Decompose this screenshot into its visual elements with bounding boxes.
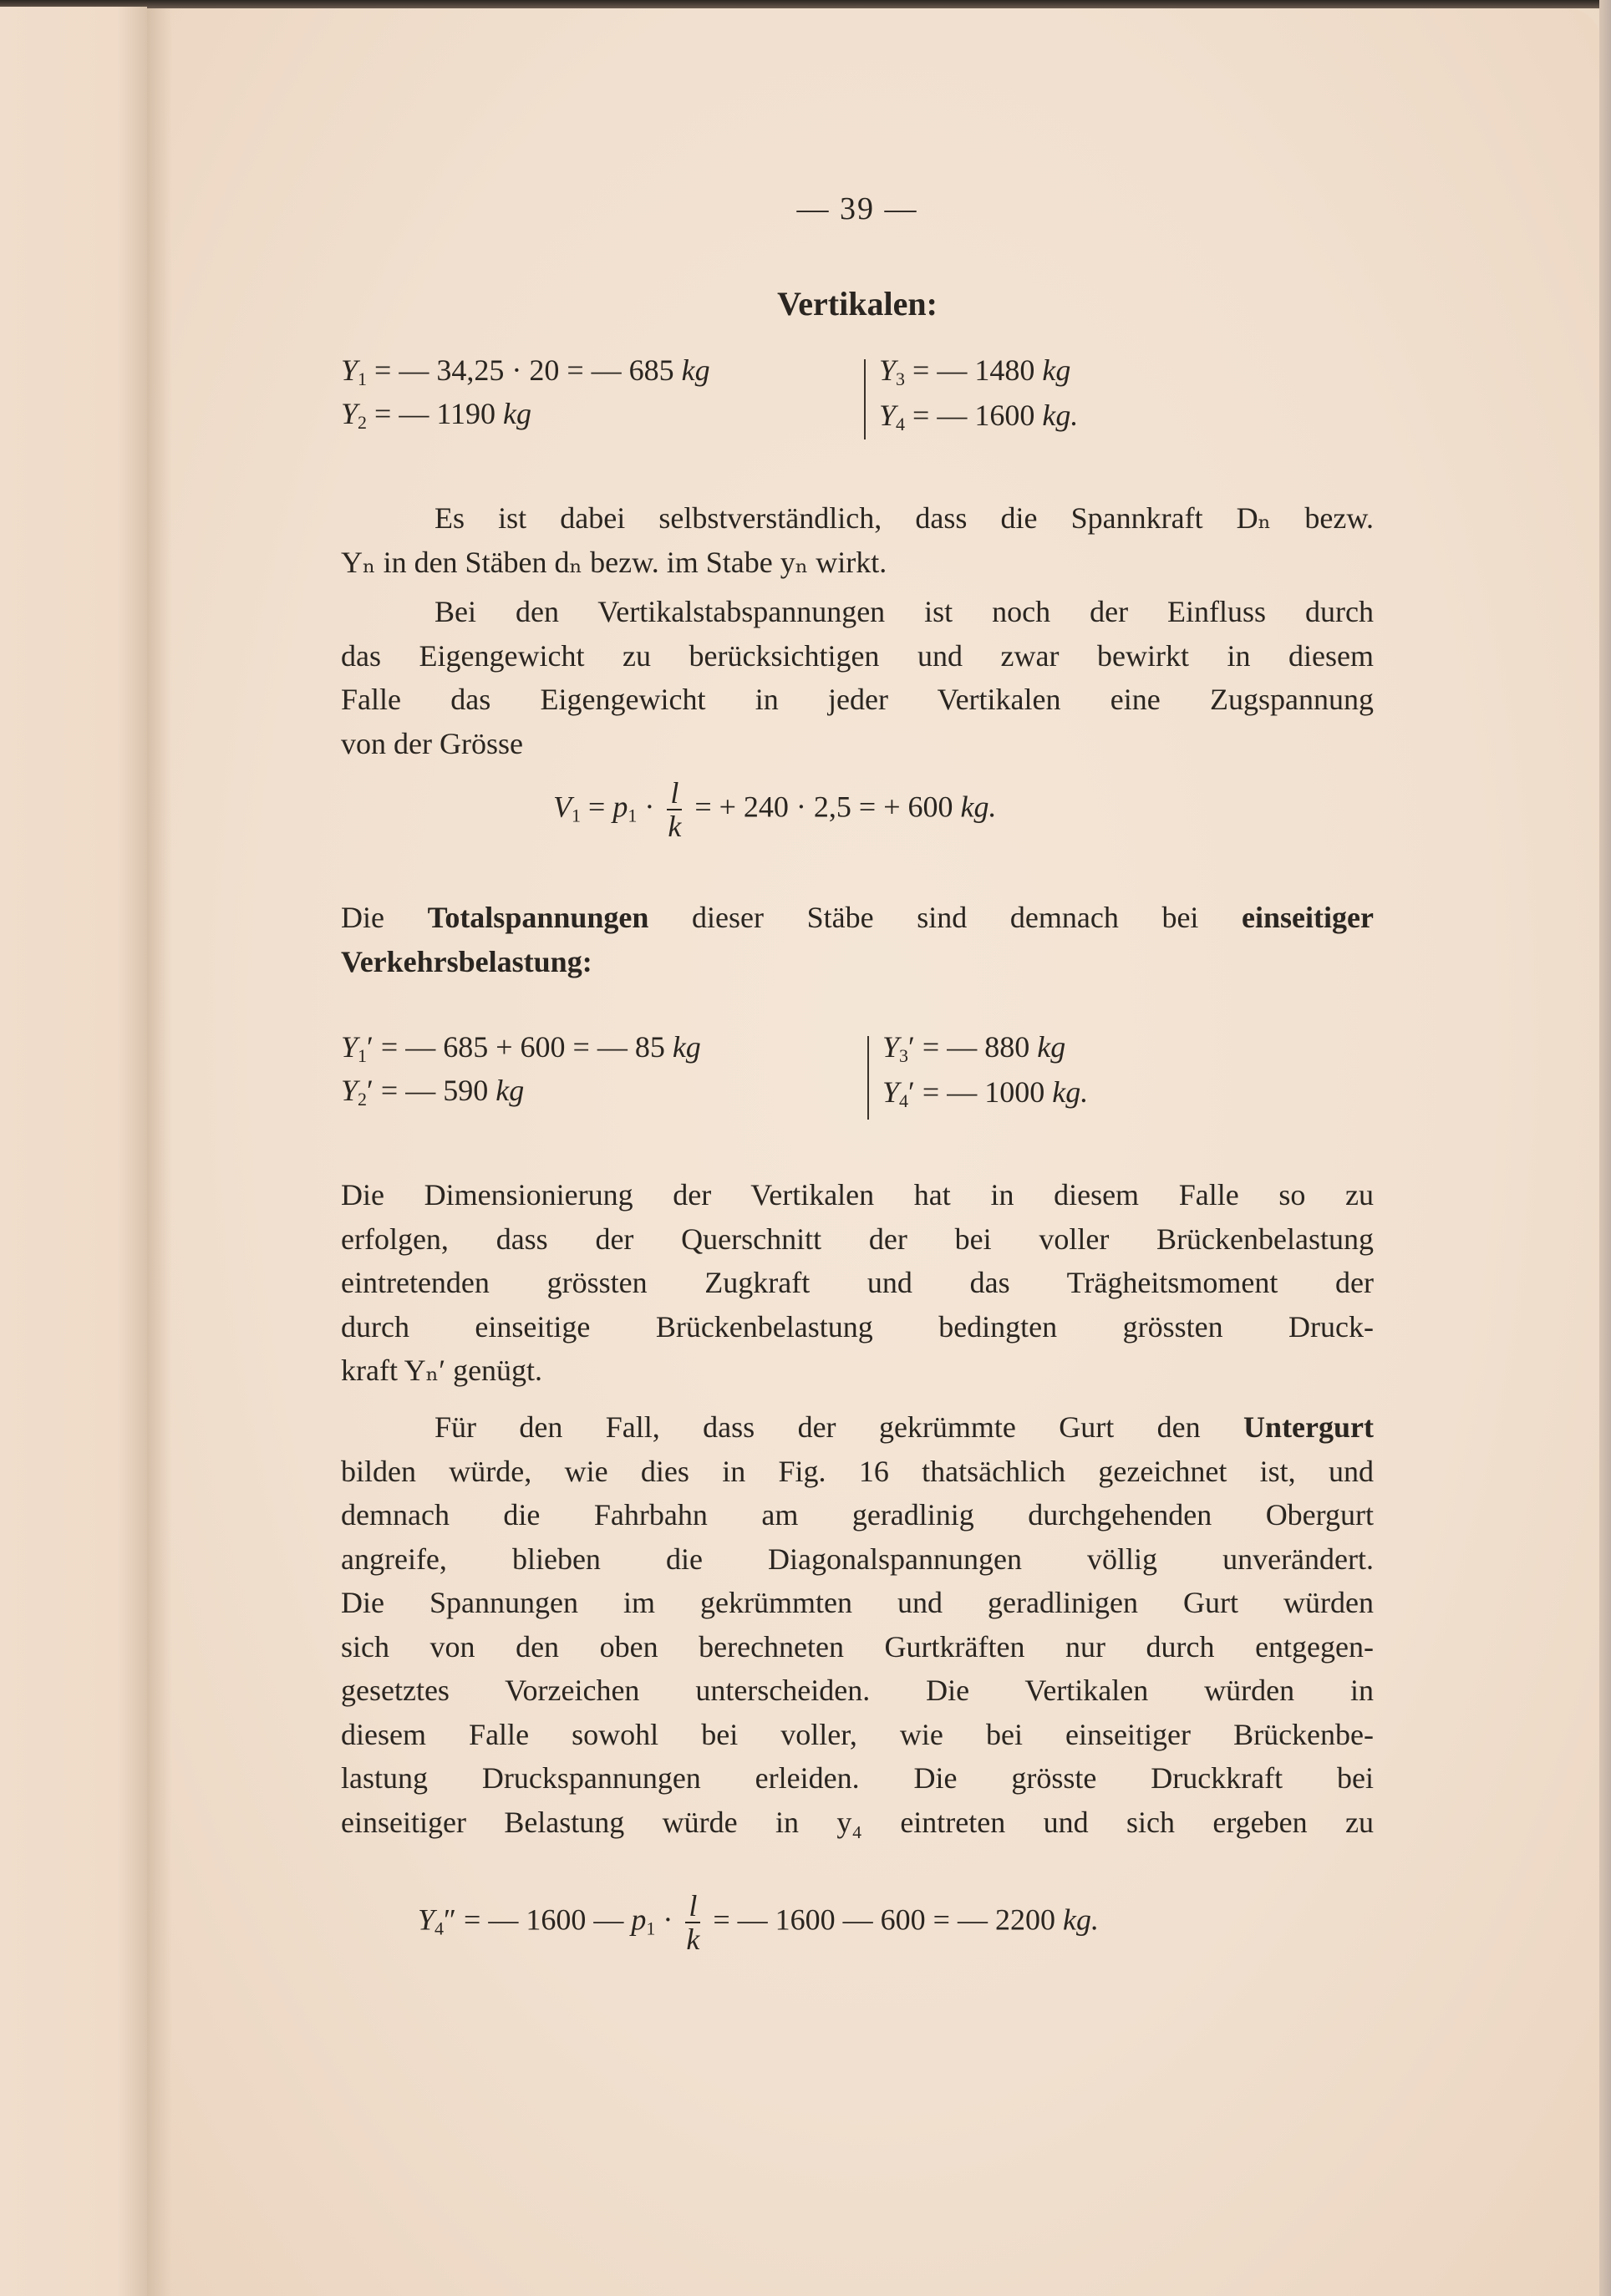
expression: = + 240 · 2,5 = + 600 (687, 790, 960, 823)
page-number: — 39 — (341, 190, 1374, 227)
subscript: 1 (572, 805, 581, 825)
prime: ′ (908, 1030, 915, 1064)
subscript: 3 (896, 368, 905, 389)
subscript: 4 (896, 414, 905, 434)
symbol: p (631, 1902, 646, 1936)
denominator: k (667, 810, 682, 842)
text: Die (341, 901, 428, 934)
book-top-edge (0, 0, 1611, 8)
text-line: durch einseitige Brückenbelastung beding… (341, 1305, 1374, 1349)
expression: = — 880 (915, 1030, 1037, 1064)
expression: = — 1190 (367, 397, 503, 430)
expression: = — 685 + 600 = — 85 (374, 1030, 673, 1064)
denominator: k (685, 1923, 700, 1955)
equation-y3-prime: Y3′ = — 880 kg (882, 1029, 1065, 1067)
prime: ′ (367, 1030, 374, 1064)
text-line: angreife, blieben die Diagonalspannungen… (341, 1537, 1374, 1582)
numerator: l (667, 777, 682, 810)
subscript: 1 (628, 805, 637, 825)
paragraph-dimensionierung: Die Dimensionierung der Vertikalen hat i… (341, 1173, 1374, 1393)
symbol: Y (882, 1075, 899, 1109)
prime: ″ (444, 1902, 456, 1936)
paragraph-totalspannungen: Die Totalspannungen dieser Stäbe sind de… (341, 896, 1374, 983)
paragraph-spannkraft: Es ist dabei selbstverständlich, dass di… (341, 496, 1374, 584)
expression: = — 1600 (905, 399, 1042, 432)
equation-y1: Y1 = — 34,25 · 20 = — 685 kg (341, 353, 710, 390)
unit: kg (1037, 1030, 1065, 1064)
subscript: 4 (435, 1918, 444, 1938)
text-line: bilden würde, wie dies in Fig. 16 thatsä… (341, 1450, 1374, 1494)
text: Für den Fall, dass der gekrümmte Gurt de… (435, 1410, 1243, 1444)
column-divider (867, 1036, 869, 1120)
fraction: lk (685, 1890, 700, 1955)
symbol: Y (341, 397, 358, 430)
unit: kg (682, 353, 710, 387)
equation-y2: Y2 = — 1190 kg (341, 396, 531, 434)
text-line: Yₙ in den Stäben dₙ bezw. im Stabe yₙ wi… (341, 541, 1374, 585)
dot: · (655, 1902, 680, 1936)
expression: = — 1600 — 600 = — 2200 (705, 1902, 1063, 1936)
text-line: Falle das Eigengewicht in jeder Vertikal… (341, 678, 1374, 722)
text-line: sich von den oben berechneten Gurtkräfte… (341, 1625, 1374, 1669)
equation-y3: Y3 = — 1480 kg (879, 353, 1070, 390)
text-line: Die Dimensionierung der Vertikalen hat i… (341, 1173, 1374, 1217)
expression: = — 1480 (905, 353, 1042, 387)
text-line: eintretenden grössten Zugkraft und das T… (341, 1261, 1374, 1305)
bold-term: Untergurt (1243, 1410, 1374, 1444)
text-line: Die Totalspannungen dieser Stäbe sind de… (341, 896, 1374, 940)
subscript: 3 (899, 1045, 908, 1066)
symbol: Y (879, 399, 896, 432)
section-heading-vertikalen: Vertikalen: (341, 284, 1374, 323)
unit: kg (1042, 353, 1070, 387)
unit: kg (673, 1030, 701, 1064)
unit: kg. (1052, 1075, 1088, 1109)
formula-y4-double-prime: Y4″ = — 1600 — p1 · lk = — 1600 — 600 = … (418, 1890, 1099, 1955)
symbol: Y (341, 1030, 358, 1064)
text-line: Für den Fall, dass der gekrümmte Gurt de… (341, 1405, 1374, 1450)
text-line: Bei den Vertikalstabspannungen ist noch … (341, 590, 1374, 634)
equation-y2-prime: Y2′ = — 590 kg (341, 1073, 524, 1110)
text: dieser Stäbe sind demnach bei (648, 901, 1242, 934)
text-line: von der Grösse (341, 722, 1374, 766)
equation-y4-prime: Y4′ = — 1000 kg. (882, 1074, 1088, 1112)
text-line: diesem Falle sowohl bei voller, wie bei … (341, 1713, 1374, 1757)
symbol: Y (341, 353, 358, 387)
expression: = — 1000 (915, 1075, 1052, 1109)
equation-y1-prime: Y1′ = — 685 + 600 = — 85 kg (341, 1029, 701, 1067)
subscript: 1 (358, 368, 367, 389)
expression: = — 1600 — (456, 1902, 631, 1936)
text-line: erfolgen, dass der Querschnitt der bei v… (341, 1217, 1374, 1262)
text-line: lastung Druckspannungen erleiden. Die gr… (341, 1756, 1374, 1801)
symbol: Y (418, 1902, 435, 1936)
unit: kg. (1063, 1902, 1099, 1936)
prime: ′ (908, 1075, 915, 1109)
bold-term: Totalspannungen (428, 901, 649, 934)
text-line: Verkehrsbelastung: (341, 940, 1374, 984)
bold-term: Verkehrsbelastung: (341, 945, 592, 978)
equation-y4: Y4 = — 1600 kg. (879, 398, 1078, 435)
unit: kg. (961, 790, 997, 823)
column-divider (864, 359, 866, 439)
numerator: l (685, 1890, 700, 1923)
dot: · (637, 790, 662, 823)
text-line: gesetztes Vorzeichen unterscheiden. Die … (341, 1669, 1374, 1713)
unit: kg (495, 1074, 524, 1107)
unit: kg. (1042, 399, 1078, 432)
subscript: 4 (899, 1090, 908, 1111)
expression: = — 34,25 · 20 = — 685 (367, 353, 682, 387)
subscript: 1 (646, 1918, 655, 1938)
text-line: einseitiger Belastung würde in y₄ eintre… (341, 1801, 1374, 1845)
text-line: kraft Yₙ′ genügt. (341, 1349, 1374, 1393)
subscript: 1 (358, 1045, 367, 1066)
unit: kg (503, 397, 531, 430)
text-line: Die Spannungen im gekrümmten und geradli… (341, 1581, 1374, 1625)
formula-v1: V1 = p1 · lk = + 240 · 2,5 = + 600 kg. (553, 777, 997, 842)
symbol: p (612, 790, 628, 823)
expression: = — 590 (374, 1074, 495, 1107)
subscript: 2 (358, 412, 367, 433)
page-edge-shadow (1599, 0, 1611, 2296)
bold-term: einseitiger (1242, 901, 1374, 934)
text-line: demnach die Fahrbahn am geradlinig durch… (341, 1493, 1374, 1537)
symbol: Y (341, 1074, 358, 1107)
paragraph-eigengewicht: Bei den Vertikalstabspannungen ist noch … (341, 590, 1374, 765)
symbol: Y (879, 353, 896, 387)
symbol: Y (882, 1030, 899, 1064)
text-line: das Eigengewicht zu berücksichtigen und … (341, 634, 1374, 678)
equals: = (581, 790, 612, 823)
prime: ′ (367, 1074, 374, 1107)
subscript: 2 (358, 1089, 367, 1110)
fraction: lk (667, 777, 682, 842)
text-line: Es ist dabei selbstverständlich, dass di… (341, 496, 1374, 541)
symbol: V (553, 790, 572, 823)
left-page-margin (0, 7, 147, 2296)
paragraph-untergurt: Für den Fall, dass der gekrümmte Gurt de… (341, 1405, 1374, 1844)
